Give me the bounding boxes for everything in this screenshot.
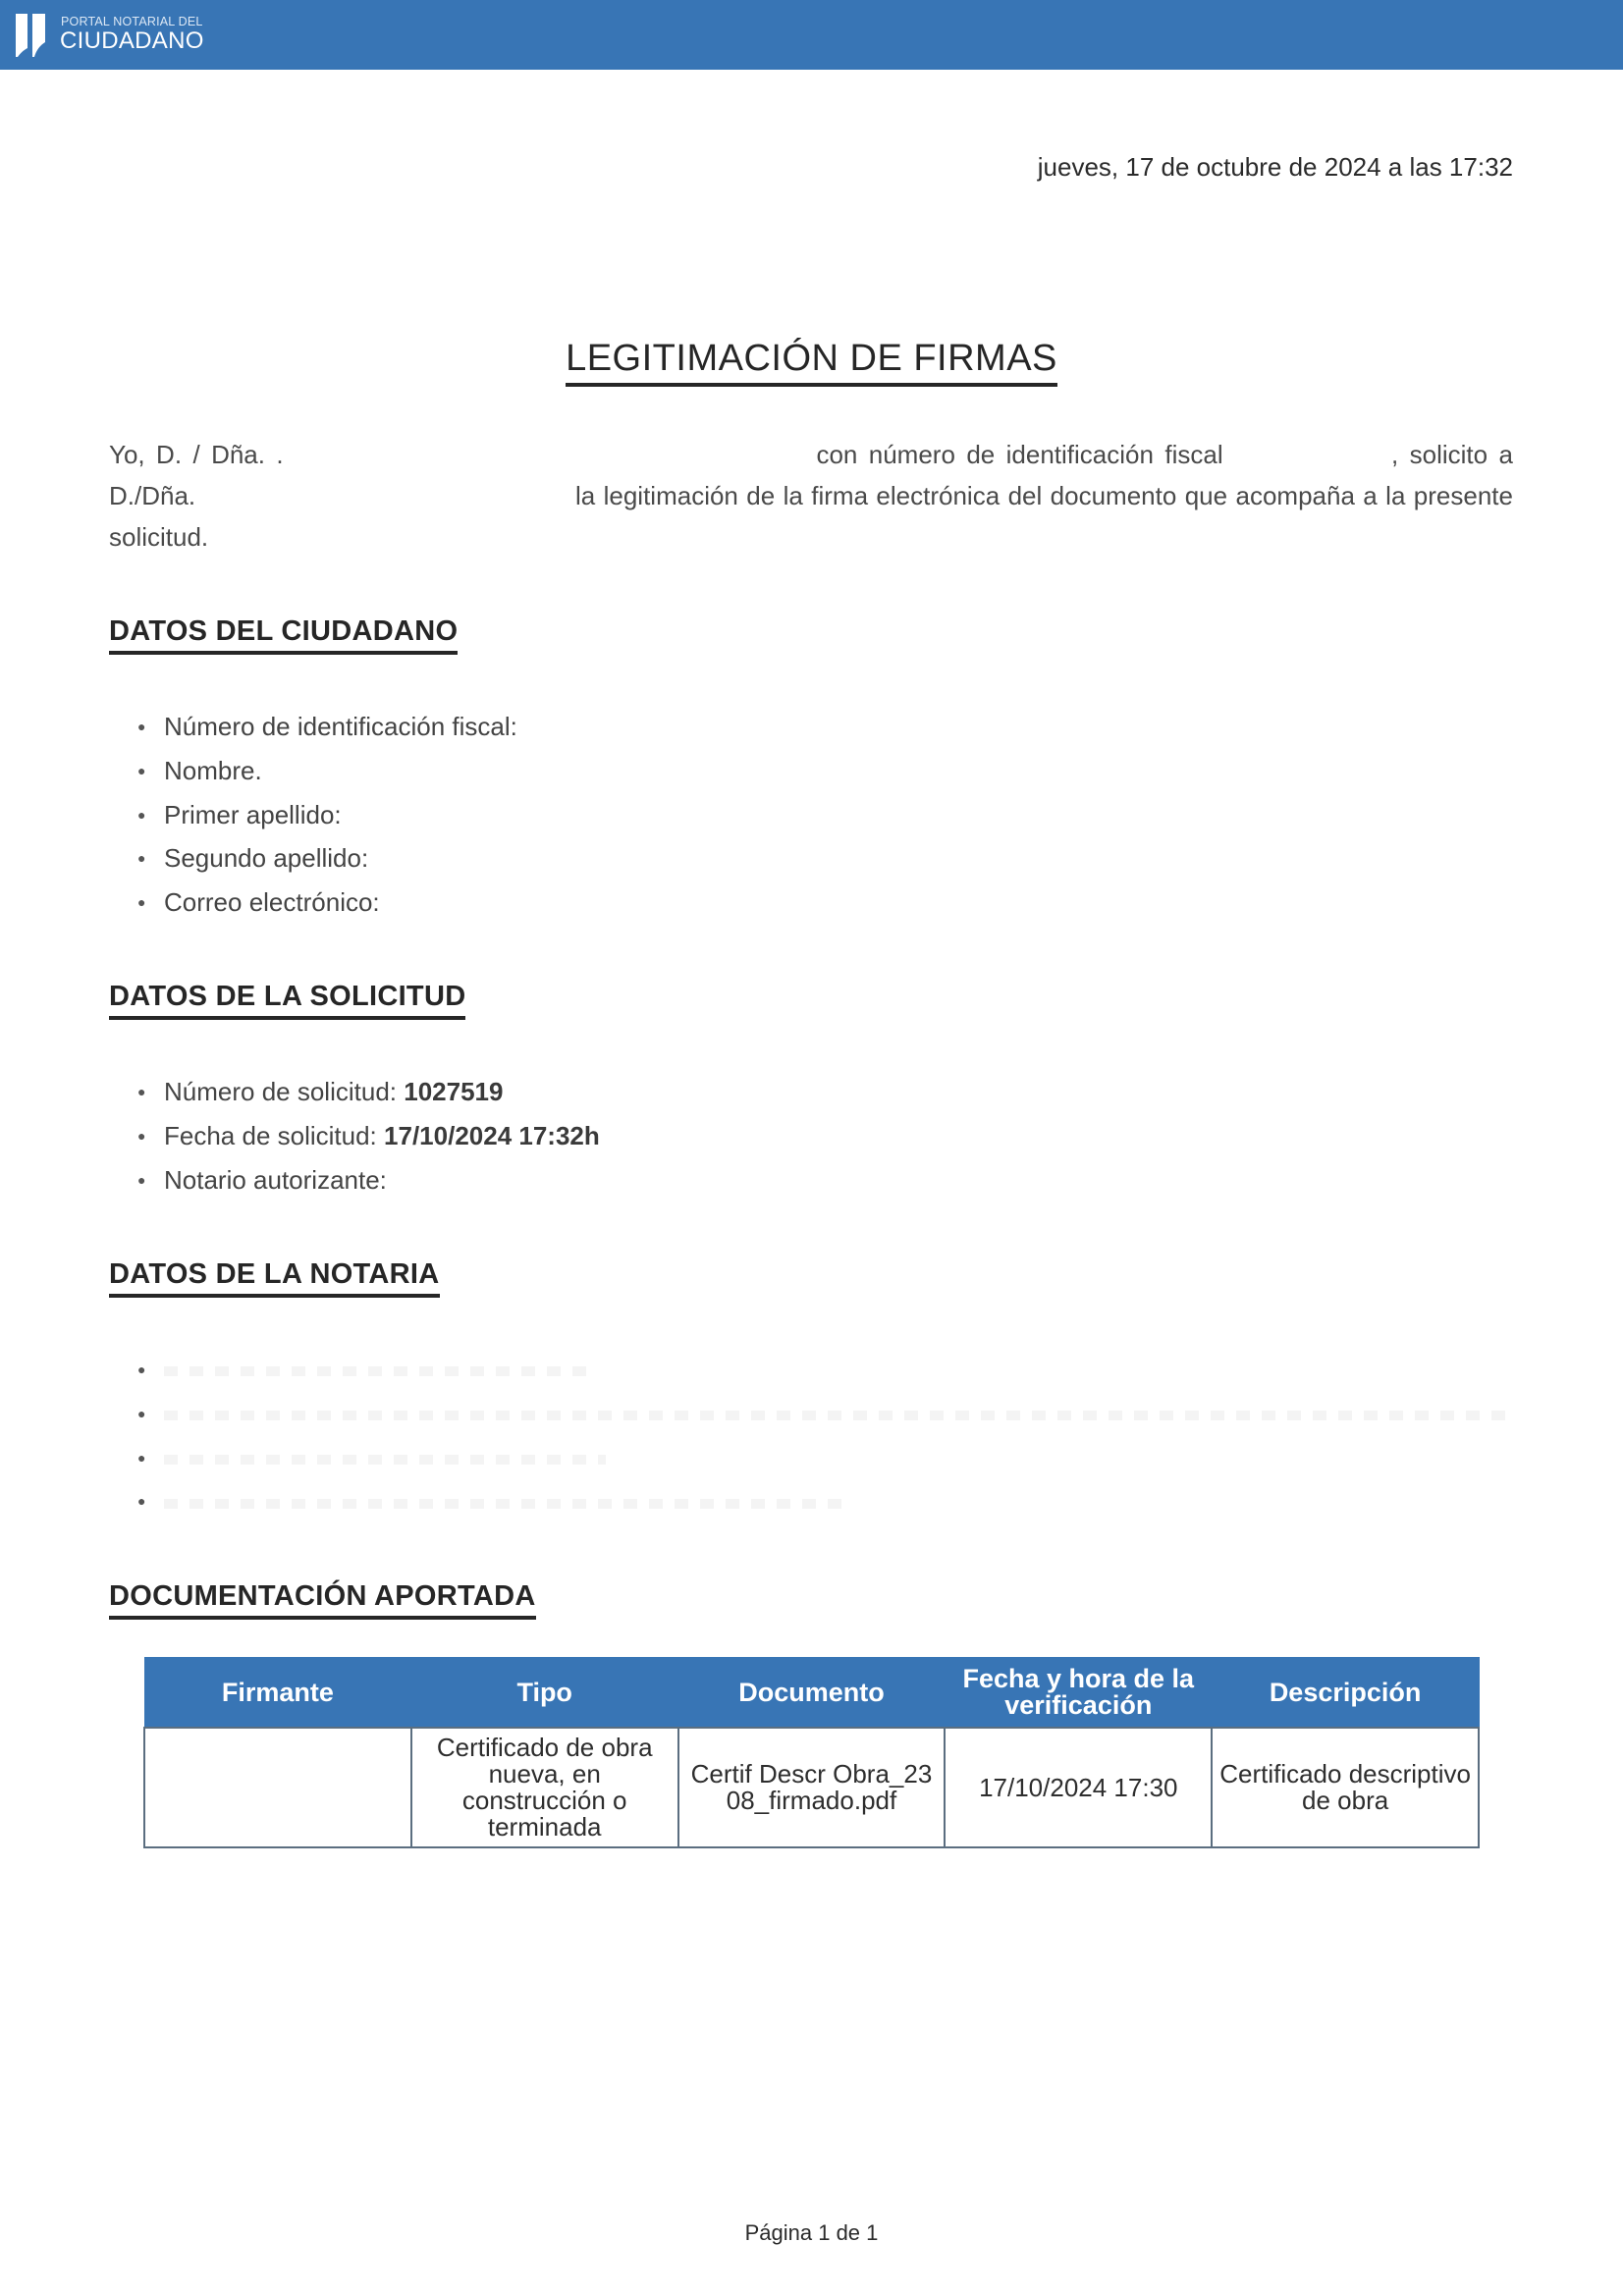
list-item: ●Número de solicitud: 1027519 [137, 1070, 600, 1114]
list-item: ●Segundo apellido: [137, 836, 517, 881]
notaria-list: ● ● ● ● [137, 1348, 1509, 1523]
documents-table: Firmante Tipo Documento Fecha y hora de … [143, 1657, 1480, 1848]
column-header-documento: Documento [678, 1658, 946, 1729]
list-item: ● [137, 1392, 1509, 1436]
intro-part-2: con número de identificación fiscal [816, 440, 1222, 469]
request-date: 17/10/2024 17:32h [384, 1121, 600, 1150]
bullet-icon: ● [137, 1114, 145, 1158]
bullet-icon: ● [137, 881, 145, 925]
table-row: Certificado de obra nueva, en construcci… [144, 1728, 1479, 1847]
column-header-fecha: Fecha y hora de la verificación [945, 1658, 1212, 1729]
document-title-wrap: LEGITIMACIÓN DE FIRMAS [0, 336, 1623, 387]
portal-header-bar: PORTAL NOTARIAL DEL CIUDADANO [0, 0, 1623, 70]
brand-title: CIUDADANO [60, 27, 204, 55]
table-header-row: Firmante Tipo Documento Fecha y hora de … [144, 1658, 1479, 1729]
bullet-icon: ● [137, 1392, 145, 1436]
redacted-text [164, 1366, 596, 1376]
column-header-descripcion: Descripción [1212, 1658, 1479, 1729]
bullet-icon: ● [137, 836, 145, 881]
bullet-icon: ● [137, 1070, 145, 1114]
ciudadano-list: ●Número de identificación fiscal: ●Nombr… [137, 705, 517, 925]
redacted-text [164, 1499, 851, 1509]
cell-fecha: 17/10/2024 17:30 [945, 1728, 1212, 1847]
list-item: ●Correo electrónico: [137, 881, 517, 925]
bullet-icon: ● [137, 1158, 145, 1202]
bullet-icon: ● [137, 749, 145, 793]
solicitud-list: ●Número de solicitud: 1027519 ●Fecha de … [137, 1070, 600, 1201]
bullet-icon: ● [137, 1348, 145, 1392]
page-number: Página 1 de 1 [0, 2220, 1623, 2246]
cell-documento: Certif Descr Obra_2308_firmado.pdf [678, 1728, 946, 1847]
bullet-icon: ● [137, 1436, 145, 1480]
section-heading-documentacion: DOCUMENTACIÓN APORTADA [109, 1578, 536, 1620]
list-item: ●Primer apellido: [137, 793, 517, 837]
brand-subtitle: PORTAL NOTARIAL DEL [61, 15, 203, 28]
section-heading-solicitud: DATOS DE LA SOLICITUD [109, 979, 465, 1020]
intro-paragraph: Yo, D. / Dña. . con número de identifica… [109, 434, 1513, 558]
cell-firmante [144, 1728, 411, 1847]
redacted-name [295, 434, 805, 475]
column-header-firmante: Firmante [144, 1658, 411, 1729]
list-item: ● [137, 1436, 1509, 1480]
cell-descripcion: Certificado descriptivo de obra [1212, 1728, 1479, 1847]
request-number: 1027519 [404, 1077, 503, 1106]
bullet-icon: ● [137, 705, 145, 749]
list-item: ●Fecha de solicitud: 17/10/2024 17:32h [137, 1114, 600, 1158]
redacted-text [164, 1455, 606, 1465]
column-header-tipo: Tipo [411, 1658, 678, 1729]
intro-part-1: Yo, D. / Dña. . [109, 440, 284, 469]
list-item: ●Notario autorizante: [137, 1158, 600, 1202]
list-item: ● [137, 1348, 1509, 1392]
redacted-notary [204, 475, 568, 516]
redacted-text [164, 1411, 1509, 1420]
section-heading-ciudadano: DATOS DEL CIUDADANO [109, 614, 458, 655]
bullet-icon: ● [137, 793, 145, 837]
document-title: LEGITIMACIÓN DE FIRMAS [566, 336, 1057, 387]
section-heading-notaria: DATOS DE LA NOTARIA [109, 1256, 440, 1298]
list-item: ●Nombre. [137, 749, 517, 793]
bullet-icon: ● [137, 1479, 145, 1523]
list-item: ●Número de identificación fiscal: [137, 705, 517, 749]
book-pages-icon [14, 13, 47, 58]
redacted-nif [1234, 434, 1391, 475]
list-item: ● [137, 1479, 1509, 1523]
document-date: jueves, 17 de octubre de 2024 a las 17:3… [1038, 152, 1513, 183]
cell-tipo: Certificado de obra nueva, en construcci… [411, 1728, 678, 1847]
